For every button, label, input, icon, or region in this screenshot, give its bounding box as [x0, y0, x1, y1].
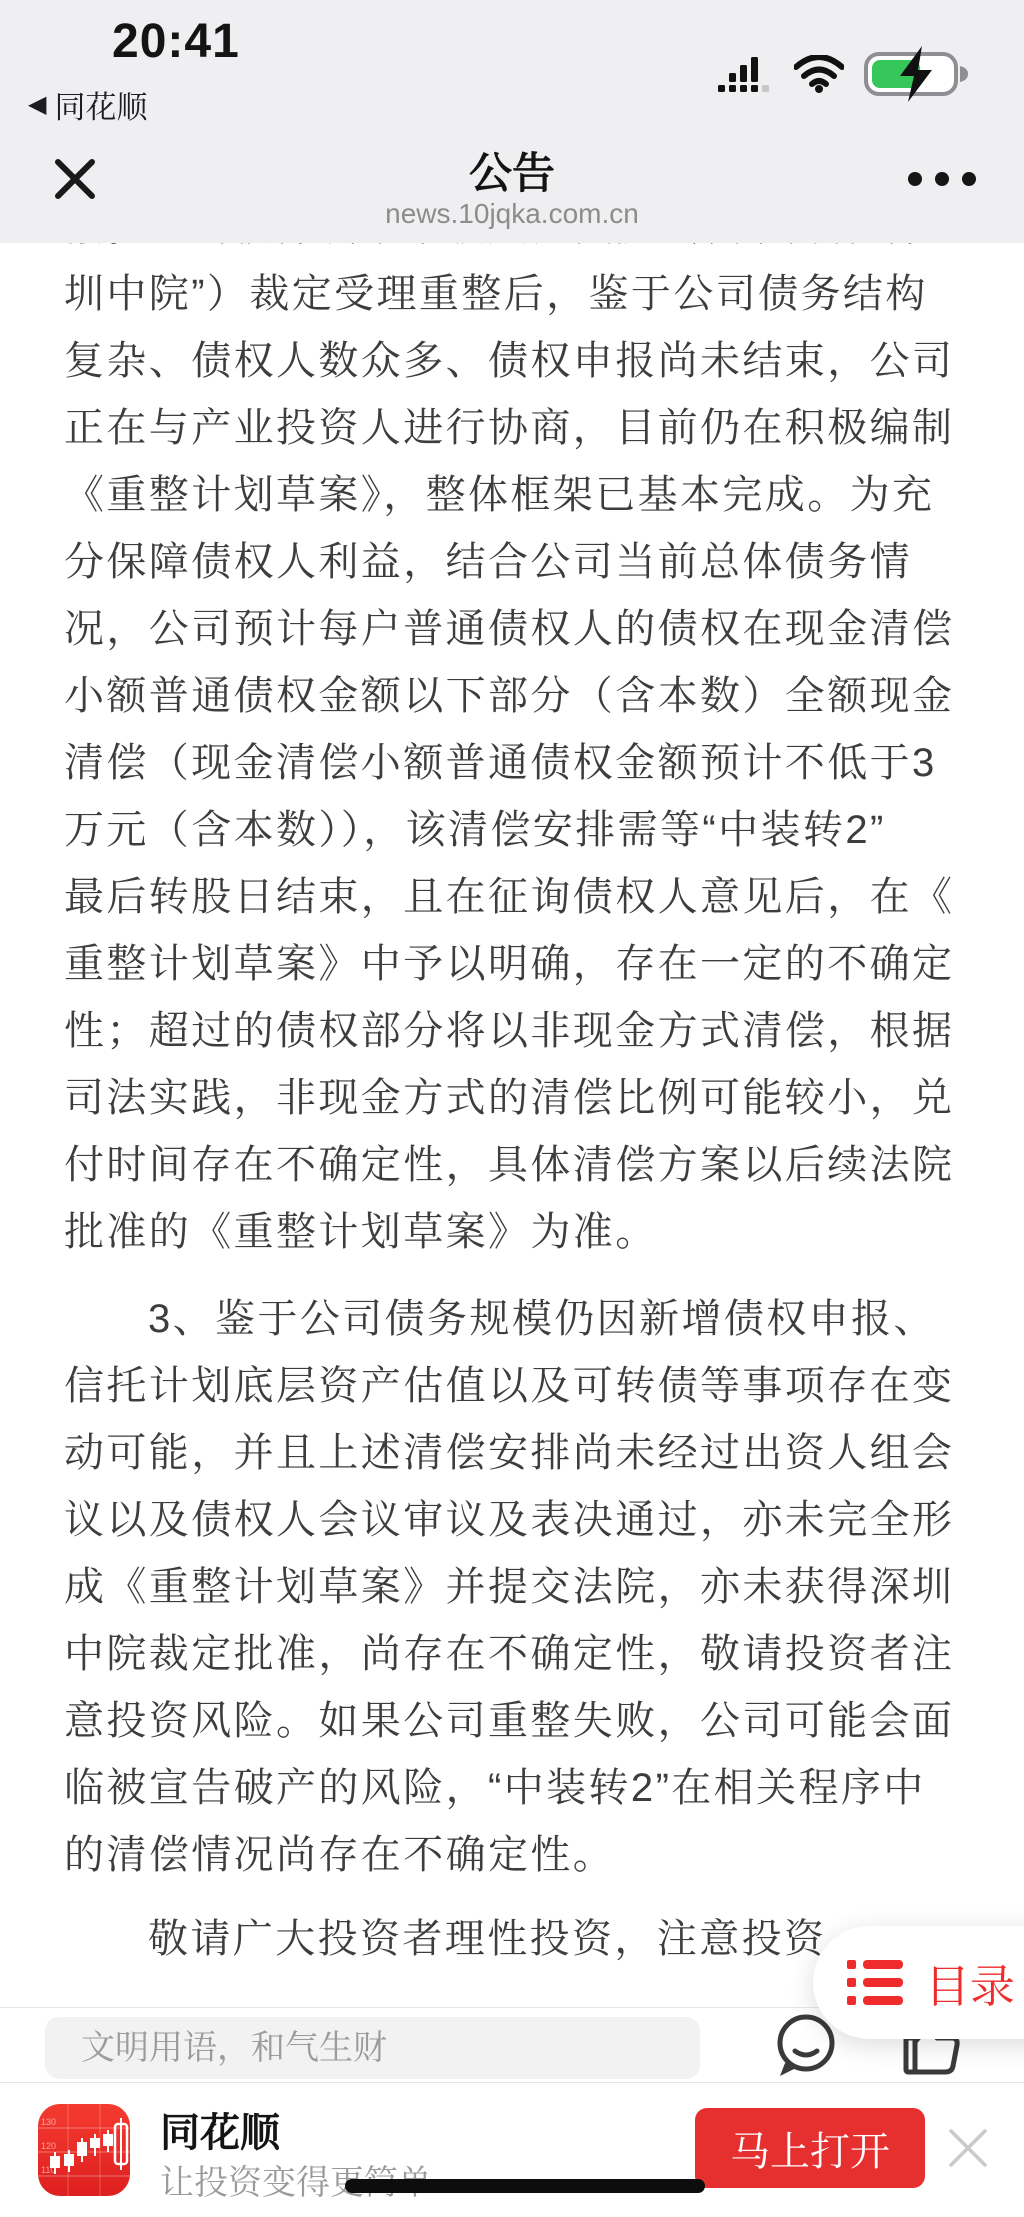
article-line: 的清偿情况尚存在不确定性。 — [64, 1822, 960, 1889]
app-logo-icon: 130 120 110 — [38, 2104, 130, 2196]
battery-charging-icon — [864, 46, 976, 102]
paragraph: 报。公司被深圳市中级人民法院（以下简称“深 圳中院”）裁定受理重整后，鉴于公司债… — [64, 194, 960, 1266]
open-app-button[interactable]: 马上打开 — [695, 2108, 925, 2188]
browser-chrome: 20:41 ◀ 同花顺 — [0, 0, 1024, 243]
svg-text:130: 130 — [41, 2117, 56, 2127]
app-name: 同花顺 — [160, 2101, 280, 2158]
article-line: 3、鉴于公司债务规模仍因新增债权申报、 — [64, 1286, 960, 1353]
article-line: 临被宣告破产的风险，“中装转2”在相关程序中 — [64, 1755, 960, 1822]
wifi-icon — [794, 55, 844, 93]
status-icons — [718, 46, 976, 102]
article-line: 议以及债权人会议审议及表决通过，亦未完全形 — [64, 1487, 960, 1554]
article-line: 正在与产业投资人进行协商，目前仍在积极编制 — [64, 395, 960, 462]
list-icon — [847, 1960, 903, 2005]
toc-button[interactable]: 目录 — [813, 1926, 1024, 2039]
toc-button-label: 目录 — [925, 1950, 1015, 2015]
banner-close-icon[interactable] — [945, 2125, 991, 2171]
article-line: 重整计划草案》中予以明确，存在一定的不确定 — [64, 931, 960, 998]
article-line: 复杂、债权人数众多、债权申报尚未结束，公司 — [64, 328, 960, 395]
home-indicator — [345, 2179, 705, 2193]
article-line: 况，公司预计每户普通债权人的债权在现金清偿 — [64, 596, 960, 663]
svg-text:120: 120 — [41, 2141, 56, 2151]
more-menu-button[interactable] — [908, 172, 976, 186]
article-line: 圳中院”）裁定受理重整后，鉴于公司债务结构 — [64, 261, 960, 328]
screen: 20:41 ◀ 同花顺 — [0, 0, 1024, 2217]
article-line: 成《重整计划草案》并提交法院，亦未获得深圳 — [64, 1554, 960, 1621]
article-line: 性；超过的债权部分将以非现金方式清偿，根据 — [64, 998, 960, 1065]
announcement-body: 报。公司被深圳市中级人民法院（以下简称“深 圳中院”）裁定受理重整后，鉴于公司债… — [64, 194, 960, 1973]
comment-input[interactable] — [45, 2017, 700, 2079]
ellipsis-icon — [908, 172, 922, 186]
article-line: 动可能，并且上述清偿安排尚未经过出资人组会 — [64, 1420, 960, 1487]
back-to-app-button[interactable]: ◀ 同花顺 — [28, 82, 147, 127]
article-line: 司法实践，非现金方式的清偿比例可能较小，兑 — [64, 1065, 960, 1132]
article-line: 万元（含本数）），该清偿安排需等“中装转2” — [64, 797, 960, 864]
app-banner: 130 120 110 同花顺 让投资变得更简单 马上打开 — [0, 2082, 1024, 2217]
back-app-label: 同花顺 — [54, 82, 147, 127]
page-title: 公告 — [0, 140, 1024, 201]
ellipsis-icon — [935, 172, 949, 186]
status-time: 20:41 — [112, 14, 240, 69]
article-line: 《重整计划草案》，整体框架已基本完成。为充 — [64, 462, 960, 529]
paragraph: 3、鉴于公司债务规模仍因新增债权申报、 信托计划底层资产估值以及可转债等事项存在… — [64, 1286, 960, 1889]
article-line: 小额普通债权金额以下部分（含本数）全额现金 — [64, 663, 960, 730]
article-line: 信托计划底层资产估值以及可转债等事项存在变 — [64, 1353, 960, 1420]
article-line: 付时间存在不确定性，具体清偿方案以后续法院 — [64, 1132, 960, 1199]
back-triangle-icon: ◀ — [28, 93, 46, 117]
article-line: 清偿（现金清偿小额普通债权金额预计不低于3 — [64, 730, 960, 797]
page-url: news.10jqka.com.cn — [0, 198, 1024, 230]
cellular-signal-icon — [718, 55, 774, 93]
ellipsis-icon — [962, 172, 976, 186]
article-line: 最后转股日结束，且在征询债权人意见后，在《 — [64, 864, 960, 931]
article-line: 分保障债权人利益，结合公司当前总体债务情 — [64, 529, 960, 596]
article-line: 意投资风险。如果公司重整失败，公司可能会面 — [64, 1688, 960, 1755]
article-line: 中院裁定批准，尚存在不确定性，敬请投资者注 — [64, 1621, 960, 1688]
article-line: 批准的《重整计划草案》为准。 — [64, 1199, 960, 1266]
